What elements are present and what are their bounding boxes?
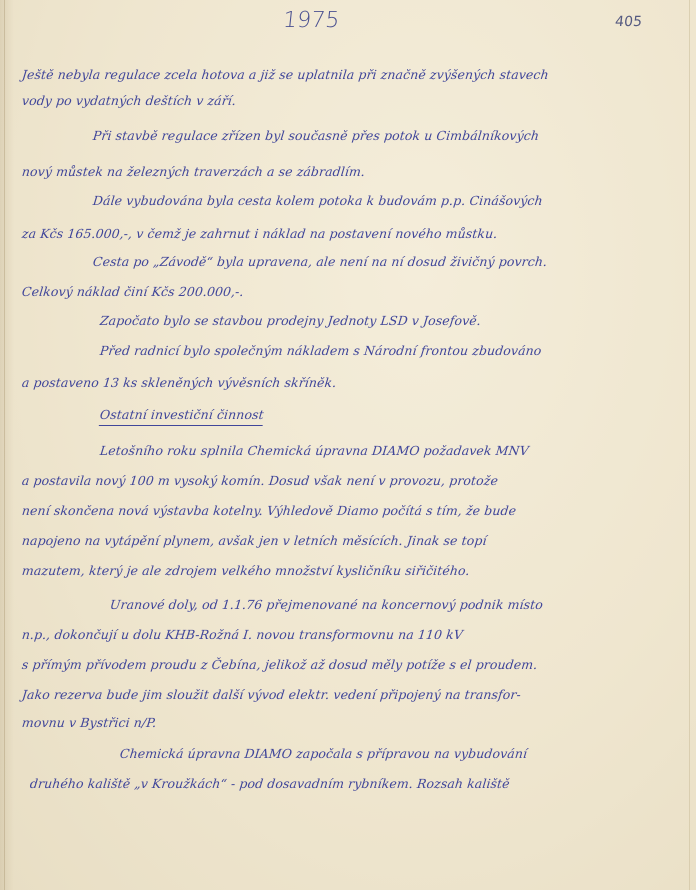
text-line: Uranové doly, od 1.1.76 přejmenované na … (109, 597, 544, 612)
text-line: napojeno na vytápění plynem, avšak jen v… (21, 533, 487, 548)
text-line: a postaveno 13 ks skleněných vývěsních s… (21, 375, 337, 390)
text-line: Letošního roku splnila Chemická úpravna … (99, 443, 529, 458)
section-heading: Ostatní investiční činnost (99, 407, 264, 422)
page-number: 405 (614, 14, 643, 30)
text-line: Cesta po „Závodě“ byla upravena, ale nen… (92, 254, 548, 269)
text-line: Celkový náklad činí Kčs 200.000,-. (21, 284, 244, 299)
text-line: druhého kaliště „v Kroužkách“ - pod dosa… (29, 776, 510, 791)
text-line: vody po vydatných deštích v září. (21, 93, 237, 108)
text-line: nový můstek na železných traverzách a se… (21, 164, 366, 179)
text-line: s přímým přívodem proudu z Čebína, jelik… (21, 657, 538, 672)
text-line: Jako rezerva bude jim sloužit další vývo… (21, 687, 521, 702)
text-line: mazutem, který je ale zdrojem velkého mn… (21, 563, 470, 578)
text-line: movnu v Bystřici n/P. (21, 715, 157, 730)
text-line: Započato bylo se stavbou prodejny Jednot… (99, 313, 482, 328)
text-line: Při stavbě regulace zřízen byl současně … (92, 128, 540, 143)
text-line: za Kčs 165.000,-, v čemž je zahrnut i ná… (21, 226, 498, 241)
text-line: a postavila nový 100 m vysoký komín. Dos… (21, 473, 499, 488)
handwritten-chronicle-page: 1975 405 Ještě nebyla regulace zcela hot… (0, 0, 696, 890)
text-line: Ještě nebyla regulace zcela hotova a již… (21, 67, 549, 82)
text-line: Chemická úpravna DIAMO započala s přípra… (119, 746, 528, 761)
year-heading: 1975 (282, 8, 341, 33)
text-line: Dále vybudována byla cesta kolem potoka … (92, 193, 543, 208)
text-line: Před radnicí bylo společným nákladem s N… (99, 343, 542, 358)
text-line: n.p., dokončují u dolu KHB-Rožná I. novo… (21, 627, 464, 642)
text-line: není skončena nová výstavba kotelny. Výh… (21, 503, 517, 518)
